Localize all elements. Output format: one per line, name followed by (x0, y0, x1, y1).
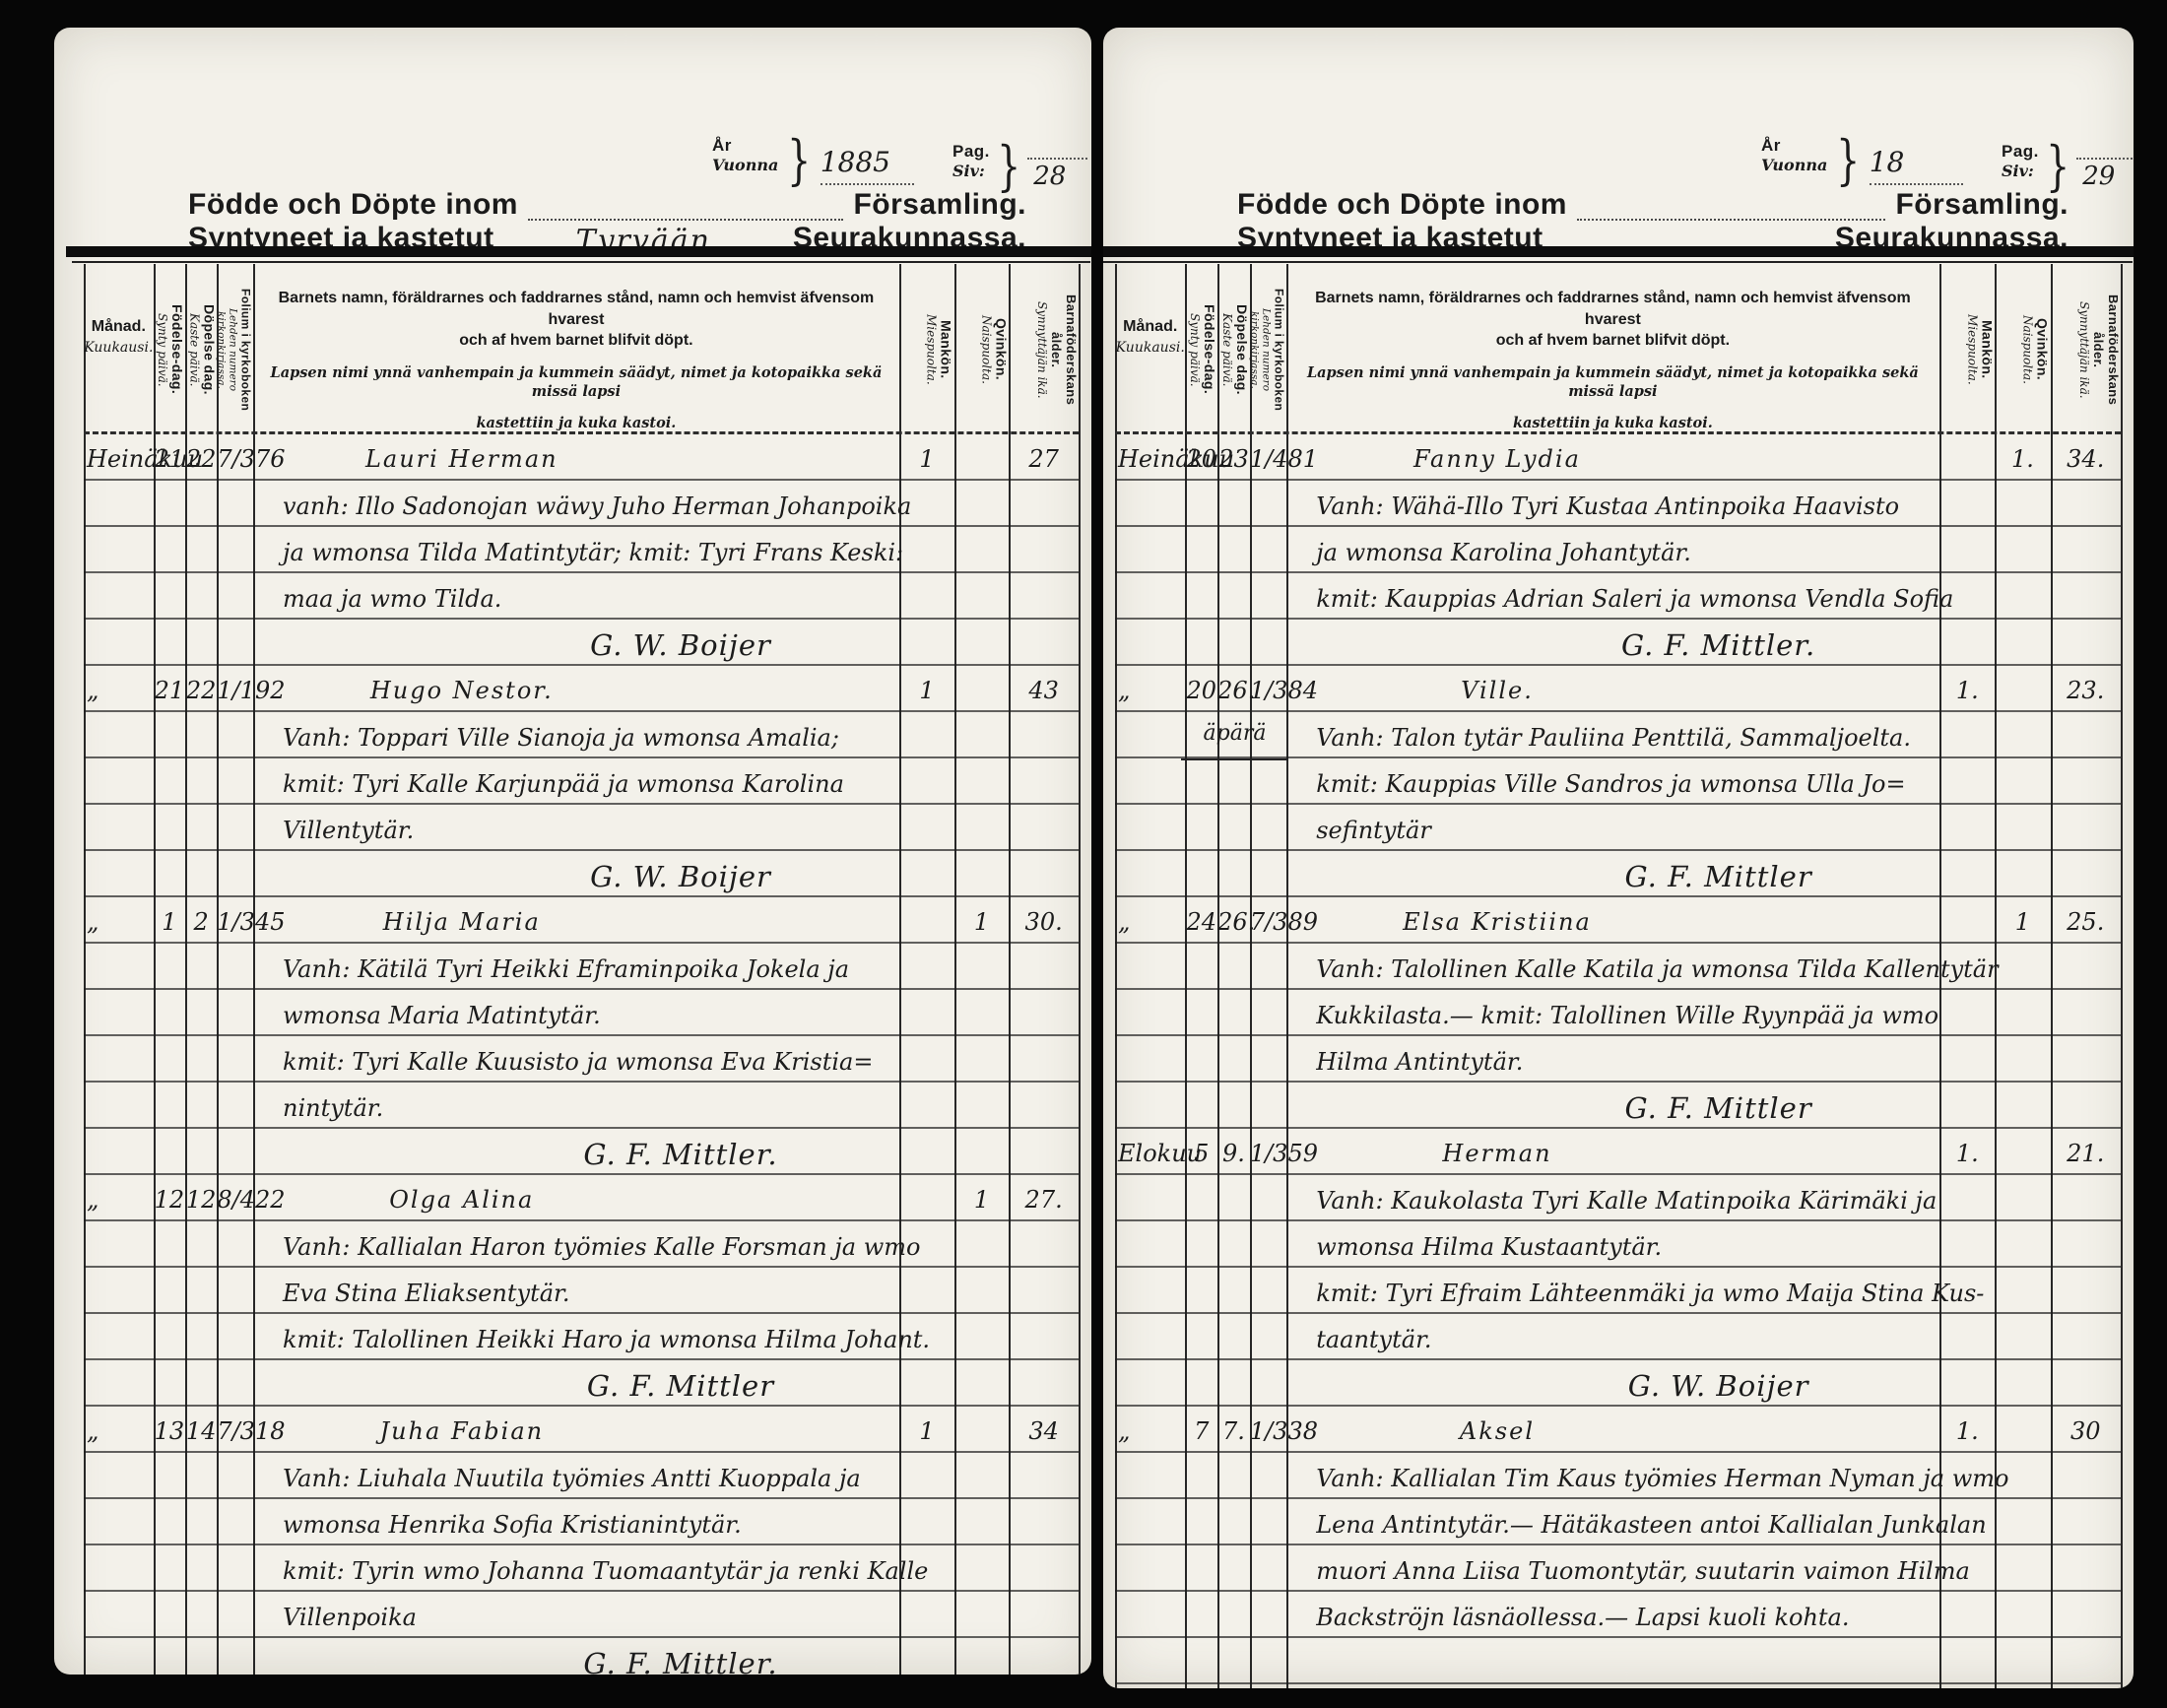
age-header-finnish: Synnyttäjän ikä. (2077, 276, 2091, 424)
brace-glyph: } (787, 136, 811, 185)
month-header-finnish: Kuukausi. (84, 340, 154, 356)
entry-text-line: Villentytär. (283, 805, 880, 851)
entry-baptism-day: 23 (1217, 434, 1250, 481)
female-header-swedish: Qvinkön. (993, 276, 1009, 424)
entry-male-count: 1 (899, 666, 954, 712)
entry-child-name: Ville. (1286, 666, 1709, 712)
column-header-female: Qvinkön. Naispuolta. (1995, 276, 2050, 424)
entry-folium: 8/422 (217, 1175, 252, 1221)
entry-male-count: 1. (1939, 666, 1995, 712)
folium-header-finnish: Lehden numero kirkonkirjassa. (216, 276, 239, 424)
entry-text-line: Vanh: Kätilä Tyri Heikki Eframinpoika Jo… (283, 944, 880, 990)
register-entry: Heinäkuu 20 23 1/481 Fanny Lydia 1. 34. … (1115, 434, 2121, 666)
entry-mother-age: 27. (1009, 1175, 1079, 1221)
page-number-block: Pag. Siv: } 29 (2002, 142, 2134, 193)
title-block: Födde och Döpte inom Församling. Syntyne… (1237, 187, 2068, 254)
entry-signature: G. F. Mittler (1557, 851, 1879, 897)
page-number-labels: Pag. Siv: (952, 142, 990, 193)
entry-baptism-day: 7. (1217, 1407, 1250, 1453)
entry-text-line: wmonsa Maria Matintytär. (283, 990, 880, 1036)
baptism-header-finnish: Kaste päivä. (187, 276, 201, 424)
entry-birth-day: 21 (154, 666, 185, 712)
entry-female-count (954, 434, 1010, 481)
column-header-male: Mankön. Miespuolta. (899, 276, 954, 424)
year-block: År Vuonna } 1885 (712, 136, 914, 185)
entry-main-row: „ 12 12 8/422 Olga Alina 1 27. (84, 1175, 1079, 1221)
entry-month: Elokuu (1115, 1129, 1188, 1175)
entry-mother-age: 43 (1009, 666, 1079, 712)
entry-female-count: 1 (954, 1175, 1010, 1221)
entry-text-line: kmit: Tyri Kalle Karjunpää ja wmonsa Kar… (283, 758, 880, 805)
month-header-finnish: Kuukausi. (1115, 340, 1185, 356)
entry-text-line: Kukkilasta.— kmit: Talollinen Wille Ryyn… (1316, 990, 1920, 1036)
entry-text-line: muori Anna Liisa Tuomontytär, suutarin v… (1316, 1545, 1920, 1592)
description-header-finnish-line2: kastettiin ja kuka kastoi. (253, 414, 900, 433)
folium-header-finnish: Lehden numero kirkonkirjassa. (1249, 276, 1273, 424)
title-row-swedish: Födde och Döpte inom Församling. (1237, 187, 2068, 221)
column-header-birth-day: Födelse-dag. Synty päivä. (154, 276, 185, 424)
entry-baptism-day: 14 (185, 1407, 217, 1453)
entry-folium: 1/338 (1250, 1407, 1286, 1453)
entry-main-row: Heinäkuu 20 23 1/481 Fanny Lydia 1. 34. (1115, 434, 2121, 481)
entry-child-name: Fanny Lydia (1286, 434, 1709, 481)
entry-female-count (954, 1407, 1010, 1453)
entry-baptism-day: 22 (185, 434, 217, 481)
description-header-swedish-line1: Barnets namn, föräldrarnes och faddrarne… (1286, 288, 1940, 330)
month-header-swedish: Månad. (84, 318, 154, 336)
title-fill-line (528, 189, 843, 221)
column-header-month: Månad. Kuukausi. (84, 318, 154, 356)
column-divider (2121, 264, 2123, 1688)
table-top-rule (66, 246, 1091, 257)
entry-illegitimate-note: äpärä (1181, 712, 1287, 760)
entry-text-line: maa ja wmo Tilda. (283, 573, 880, 620)
entry-female-count (1995, 1129, 2050, 1175)
entry-text-line: Vanh: Talon tytär Pauliina Penttilä, Sam… (1316, 712, 1920, 758)
entry-text-line: ja wmonsa Tilda Matintytär; kmit: Tyri F… (283, 527, 880, 573)
entry-female-count (1995, 666, 2050, 712)
entry-birth-day: 20 (1185, 666, 1217, 712)
column-header-female: Qvinkön. Naispuolta. (954, 276, 1010, 424)
entry-folium: 7/318 (217, 1407, 252, 1453)
register-table: Månad. Kuukausi. Födelse-dag. Synty päiv… (1115, 246, 2121, 1688)
entry-text-line: kmit: Tyrin wmo Johanna Tuomaantytär ja … (283, 1545, 880, 1592)
entry-child-name: Juha Fabian (253, 1407, 671, 1453)
description-header-swedish-line2: och af hvem barnet blifvit döpt. (253, 330, 900, 352)
male-header-finnish: Miespuolta. (925, 276, 939, 424)
description-header-swedish-line2: och af hvem barnet blifvit döpt. (1286, 330, 1940, 352)
entry-male-count: 1. (1939, 1129, 1995, 1175)
entry-month: „ (84, 666, 157, 712)
entry-baptism-day: 22 (185, 666, 217, 712)
entry-text-line: vanh: Illo Sadonojan wäwy Juho Herman Jo… (283, 481, 880, 527)
entry-month: „ (1115, 666, 1188, 712)
entry-month: „ (84, 1175, 157, 1221)
age-header-swedish: Barnaföderskans ålder. (1049, 276, 1079, 424)
page-number-value: 28 (1027, 158, 1087, 193)
entry-folium: 1/192 (217, 666, 252, 712)
birth-header-swedish: Födelse-dag. (1202, 276, 1217, 424)
entry-signature: G. F. Mittler (521, 1360, 839, 1407)
column-header-folium: Folium i kyrkoboken Lehden numero kirkon… (1250, 276, 1286, 424)
entry-female-count: 1 (954, 897, 1010, 944)
entry-child-name: Olga Alina (253, 1175, 671, 1221)
entry-mother-age: 25. (2051, 897, 2121, 944)
entry-text-line: kmit: Tyri Efraim Lähteenmäki ja wmo Mai… (1316, 1268, 1920, 1314)
brace-glyph: } (997, 142, 1020, 193)
entry-folium: 7/376 (217, 434, 252, 481)
entry-main-row: „ 7 7. 1/338 Aksel 1. 30 (1115, 1407, 2121, 1453)
birth-header-finnish: Synty päivä. (156, 276, 169, 424)
year-labels: År Vuonna (1761, 136, 1827, 185)
register-table: Månad. Kuukausi. Födelse-dag. Synty päiv… (84, 246, 1079, 1675)
entry-male-count: 1 (899, 434, 954, 481)
entry-baptism-day: 9. (1217, 1129, 1250, 1175)
entry-text-line: Lena Antintytär.— Hätäkasteen antoi Kall… (1316, 1499, 1920, 1545)
entry-text-line: wmonsa Henrika Sofia Kristianintytär. (283, 1499, 880, 1545)
description-header-finnish-line1: Lapsen nimi ynnä vanhempain ja kummein s… (1286, 363, 1940, 402)
year-label-finnish: Vuonna (712, 156, 778, 174)
entry-female-count: 1. (1995, 434, 2050, 481)
register-entry: „ 1 2 1/345 Hilja Maria 1 30. Vanh: Käti… (84, 897, 1079, 1175)
table-top-thin-rule (72, 261, 1090, 263)
column-header-baptism-day: Döpelse dag. Kaste päivä. (1217, 276, 1250, 424)
entry-child-name: Aksel (1286, 1407, 1709, 1453)
table-body: Heinäkuu 21 22 7/376 Lauri Herman 1 27 v… (84, 434, 1079, 1675)
entry-text-line: Vanh: Talollinen Kalle Katila ja wmonsa … (1316, 944, 1920, 990)
title-row-swedish: Födde och Döpte inom Församling. (188, 187, 1026, 221)
page-number-labels: Pag. Siv: (2002, 142, 2039, 193)
register-entry: „ 13 14 7/318 Juha Fabian 1 34 Vanh: Liu… (84, 1407, 1079, 1675)
description-header-finnish-line1: Lapsen nimi ynnä vanhempain ja kummein s… (253, 363, 900, 402)
entry-text-line: wmonsa Hilma Kustaantytär. (1316, 1221, 1920, 1268)
entry-text-line: kmit: Tyri Kalle Kuusisto ja wmonsa Eva … (283, 1036, 880, 1083)
description-header-finnish-line2: kastettiin ja kuka kastoi. (1286, 414, 1940, 433)
year-labels: År Vuonna (712, 136, 778, 185)
entry-text-line: Hilma Antintytär. (1316, 1036, 1920, 1083)
entry-child-name: Elsa Kristiina (1286, 897, 1709, 944)
entry-child-name: Lauri Herman (253, 434, 671, 481)
entry-mother-age: 23. (2051, 666, 2121, 712)
entry-birth-day: 7 (1185, 1407, 1217, 1453)
entry-folium: 1/481 (1250, 434, 1286, 481)
entry-mother-age: 34 (1009, 1407, 1079, 1453)
female-header-finnish: Naispuolta. (979, 276, 993, 424)
column-header-mother-age: Barnaföderskans ålder. Synnyttäjän ikä. (1009, 276, 1079, 424)
table-top-thin-rule (1103, 261, 2133, 263)
column-header-month: Månad. Kuukausi. (1115, 318, 1185, 356)
entry-signature: G. F. Mittler. (521, 1129, 839, 1175)
entry-signature: G. F. Mittler. (521, 1638, 839, 1675)
entry-female-count: 1 (1995, 897, 2050, 944)
year-value: 1885 (821, 148, 914, 185)
entry-birth-day: 24 (1185, 897, 1217, 944)
entry-text-line: sefintytär (1316, 805, 1920, 851)
entry-folium: 1/384 (1250, 666, 1286, 712)
column-header-birth-day: Födelse-dag. Synty päivä. (1185, 276, 1217, 424)
entry-birth-day: 1 (154, 897, 185, 944)
male-header-swedish: Mankön. (939, 276, 954, 424)
entry-text-line: kmit: Kauppias Ville Sandros ja wmonsa U… (1316, 758, 1920, 805)
page-label-finnish: Siv: (952, 162, 990, 180)
month-header-swedish: Månad. (1115, 318, 1185, 336)
page-label-swedish: Pag. (2002, 142, 2039, 162)
entry-mother-age: 27 (1009, 434, 1079, 481)
entry-text-line: taantytär. (1316, 1314, 1920, 1360)
entry-text-line: Eva Stina Eliaksentytär. (283, 1268, 880, 1314)
entry-baptism-day: 26. (1217, 666, 1250, 712)
folium-header-swedish: Folium i kyrkoboken (1273, 276, 1286, 424)
column-header-baptism-day: Döpelse dag. Kaste päivä. (185, 276, 217, 424)
age-header-finnish: Synnyttäjän ikä. (1035, 276, 1049, 424)
male-header-finnish: Miespuolta. (1965, 276, 1979, 424)
entry-month: „ (84, 1407, 157, 1453)
entry-text-line: Vanh: Kaukolasta Tyri Kalle Matinpoika K… (1316, 1175, 1920, 1221)
entry-female-count (1995, 1407, 2050, 1453)
baptism-header-swedish: Döpelse dag. (1234, 276, 1250, 424)
entry-text-line: nintytär. (283, 1083, 880, 1129)
register-page-right: År Vuonna } 18 Pag. Siv: } 29 Födde och … (1103, 28, 2134, 1688)
entry-month: „ (1115, 897, 1188, 944)
entry-female-count (954, 666, 1010, 712)
entry-mother-age: 21. (2051, 1129, 2121, 1175)
register-entry: Elokuu 5 9. 1/359 Herman 1. 21. Vanh: Ka… (1115, 1129, 2121, 1407)
entry-main-row: Heinäkuu 21 22 7/376 Lauri Herman 1 27 (84, 434, 1079, 481)
entry-month: Heinäkuu (84, 434, 157, 481)
entry-text-line: Backströjn läsnäollessa.— Lapsi kuoli ko… (1316, 1592, 1920, 1638)
entry-baptism-day: 26. (1217, 897, 1250, 944)
year-label-swedish: År (712, 136, 778, 156)
year-label-finnish: Vuonna (1761, 156, 1827, 174)
register-entry: Heinäkuu 21 22 7/376 Lauri Herman 1 27 v… (84, 434, 1079, 666)
title-block: Födde och Döpte inom Församling. Syntyne… (188, 187, 1026, 254)
entry-male-count (1939, 897, 1995, 944)
title-swedish-post: Församling. (1895, 189, 2068, 221)
entry-main-row: Elokuu 5 9. 1/359 Herman 1. 21. (1115, 1129, 2121, 1175)
male-header-swedish: Mankön. (1979, 276, 1995, 424)
column-header-description: Barnets namn, föräldrarnes och faddrarne… (253, 288, 900, 432)
entry-male-count: 1 (899, 1407, 954, 1453)
page-number-block: Pag. Siv: } 28 (952, 142, 1087, 193)
year-block: År Vuonna } 18 (1761, 136, 1963, 185)
column-header-folium: Folium i kyrkoboken Lehden numero kirkon… (217, 276, 252, 424)
entry-signature: G. W. Boijer (521, 620, 839, 666)
entry-text-line: Vanh: Wähä-Illo Tyri Kustaa Antinpoika H… (1316, 481, 1920, 527)
table-header: Månad. Kuukausi. Födelse-dag. Synty päiv… (1115, 264, 2121, 434)
register-entry: „ 20 26. 1/384 Ville. 1. 23. äpärä Vanh:… (1115, 666, 2121, 897)
title-swedish-post: Församling. (853, 189, 1026, 221)
year-value: 18 (1870, 148, 1963, 185)
female-header-finnish: Naispuolta. (2021, 276, 2035, 424)
entry-baptism-day: 2 (185, 897, 217, 944)
description-header-swedish-line1: Barnets namn, föräldrarnes och faddrarne… (253, 288, 900, 330)
entry-male-count (899, 1175, 954, 1221)
page-label-finnish: Siv: (2002, 162, 2039, 180)
age-header-swedish: Barnaföderskans ålder. (2091, 276, 2121, 424)
entry-mother-age: 30 (2051, 1407, 2121, 1453)
entry-signature: G. F. Mittler (1557, 1083, 1879, 1129)
register-page-left: År Vuonna } 1885 Pag. Siv: } 28 Födde oc… (54, 28, 1091, 1675)
year-label-swedish: År (1761, 136, 1827, 156)
entry-folium: 1/359 (1250, 1129, 1286, 1175)
page-label-swedish: Pag. (952, 142, 990, 162)
entry-main-row: „ 20 26. 1/384 Ville. 1. 23. (1115, 666, 2121, 712)
entry-child-name: Herman (1286, 1129, 1709, 1175)
brace-glyph: } (1836, 136, 1860, 185)
entry-birth-day: 12 (154, 1175, 185, 1221)
table-body: Heinäkuu 20 23 1/481 Fanny Lydia 1. 34. … (1115, 434, 2121, 1688)
entry-month: Heinäkuu (1115, 434, 1188, 481)
page-number-value: 29 (2076, 158, 2134, 193)
entry-mother-age: 34. (2051, 434, 2121, 481)
birth-header-finnish: Synty päivä. (1188, 276, 1202, 424)
entry-text-line: Vanh: Toppari Ville Sianoja ja wmonsa Am… (283, 712, 880, 758)
entry-month: „ (1115, 1407, 1188, 1453)
entry-main-row: „ 21 22 1/192 Hugo Nestor. 1 43 (84, 666, 1079, 712)
entry-birth-day: 20 (1185, 434, 1217, 481)
entry-birth-day: 21 (154, 434, 185, 481)
entry-main-row: „ 1 2 1/345 Hilja Maria 1 30. (84, 897, 1079, 944)
title-fill-line (1577, 189, 1885, 221)
entry-male-count: 1. (1939, 1407, 1995, 1453)
folium-header-swedish: Folium i kyrkoboken (239, 276, 253, 424)
column-divider (1079, 264, 1081, 1675)
entry-text-line: ja wmonsa Karolina Johantytär. (1316, 527, 1920, 573)
entry-text-line: Vanh: Kallialan Haron työmies Kalle Fors… (283, 1221, 880, 1268)
entry-child-name: Hugo Nestor. (253, 666, 671, 712)
entry-text-line: Vanh: Kallialan Tim Kaus työmies Herman … (1316, 1453, 1920, 1499)
baptism-header-finnish: Kaste päivä. (1220, 276, 1234, 424)
entry-birth-day: 5 (1185, 1129, 1217, 1175)
entry-signature: G. F. Mittler. (1557, 620, 1879, 666)
entry-folium: 1/345 (217, 897, 252, 944)
entry-baptism-day: 12 (185, 1175, 217, 1221)
entry-text-line: Vanh: Liuhala Nuutila työmies Antti Kuop… (283, 1453, 880, 1499)
register-entry: „ 12 12 8/422 Olga Alina 1 27. Vanh: Kal… (84, 1175, 1079, 1407)
register-entry: „ 7 7. 1/338 Aksel 1. 30 Vanh: Kallialan… (1115, 1407, 2121, 1638)
entry-main-row: „ 13 14 7/318 Juha Fabian 1 34 (84, 1407, 1079, 1453)
table-header: Månad. Kuukausi. Födelse-dag. Synty päiv… (84, 264, 1079, 434)
entry-male-count (1939, 434, 1995, 481)
column-header-male: Mankön. Miespuolta. (1939, 276, 1995, 424)
register-entry: „ 21 22 1/192 Hugo Nestor. 1 43 Vanh: To… (84, 666, 1079, 897)
entry-month: „ (84, 897, 157, 944)
register-entry: „ 24 26. 7/389 Elsa Kristiina 1 25. Vanh… (1115, 897, 2121, 1129)
entry-male-count (899, 897, 954, 944)
entry-mother-age: 30. (1009, 897, 1079, 944)
entry-birth-day: 13 (154, 1407, 185, 1453)
entry-text-line: kmit: Kauppias Adrian Saleri ja wmonsa V… (1316, 573, 1920, 620)
female-header-swedish: Qvinkön. (2035, 276, 2051, 424)
entry-text-line: kmit: Talollinen Heikki Haro ja wmonsa H… (283, 1314, 880, 1360)
entry-signature: G. W. Boijer (521, 851, 839, 897)
entry-child-name: Hilja Maria (253, 897, 671, 944)
entry-main-row: „ 24 26. 7/389 Elsa Kristiina 1 25. (1115, 897, 2121, 944)
column-header-description: Barnets namn, föräldrarnes och faddrarne… (1286, 288, 1940, 432)
entry-folium: 7/389 (1250, 897, 1286, 944)
entry-text-line: Villenpoika (283, 1592, 880, 1638)
table-top-rule (1103, 246, 2134, 257)
column-header-mother-age: Barnaföderskans ålder. Synnyttäjän ikä. (2051, 276, 2121, 424)
brace-glyph: } (2046, 142, 2069, 193)
title-swedish-pre: Födde och Döpte inom (1237, 189, 1567, 221)
entry-signature: G. W. Boijer (1557, 1360, 1879, 1407)
birth-header-swedish: Födelse-dag. (169, 276, 185, 424)
title-swedish-pre: Födde och Döpte inom (188, 189, 518, 221)
